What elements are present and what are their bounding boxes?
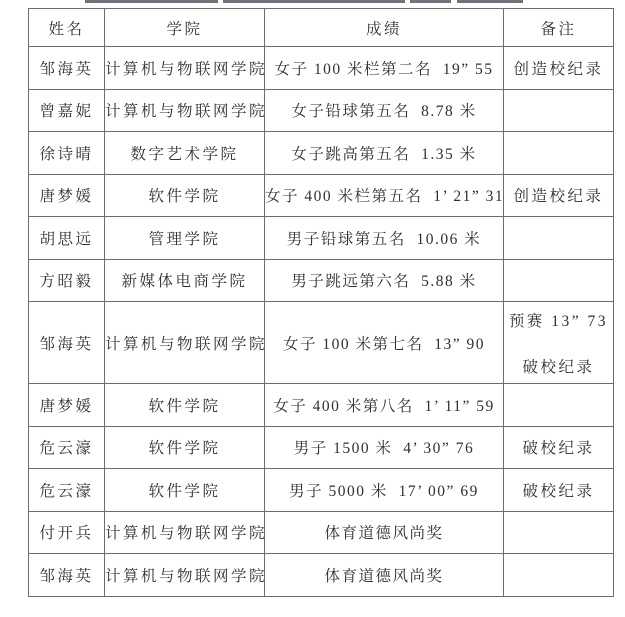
result-cell: 体育道德风尚奖	[265, 554, 504, 597]
name-cell: 付开兵	[29, 511, 105, 554]
name-cell: 邹海英	[29, 47, 105, 90]
table-row: 唐梦媛软件学院女子 400 米第八名 1’ 11” 59	[29, 384, 614, 427]
name-cell: 方昭毅	[29, 259, 105, 302]
college-cell: 新媒体电商学院	[105, 259, 265, 302]
college-cell: 计算机与物联网学院	[105, 47, 265, 90]
name-cell: 唐梦媛	[29, 384, 105, 427]
result-cell: 女子 400 米第八名 1’ 11” 59	[265, 384, 504, 427]
college-cell: 管理学院	[105, 217, 265, 260]
result-cell: 男子铅球第五名 10.06 米	[265, 217, 504, 260]
remark-line: 破校纪录	[504, 355, 613, 377]
result-cell: 女子 400 米栏第五名 1’ 21” 31	[265, 174, 504, 217]
remark-cell	[504, 384, 614, 427]
table-header-row: 姓名 学院 成绩 备注	[29, 9, 614, 47]
remark-cell: 破校纪录	[504, 469, 614, 512]
header-remark: 备注	[504, 9, 614, 47]
result-cell: 女子 100 米栏第二名 19” 55	[265, 47, 504, 90]
result-cell: 男子 1500 米 4’ 30” 76	[265, 426, 504, 469]
result-cell: 男子跳远第六名 5.88 米	[265, 259, 504, 302]
name-cell: 唐梦媛	[29, 174, 105, 217]
result-cell: 男子 5000 米 17’ 00” 69	[265, 469, 504, 512]
name-cell: 邹海英	[29, 302, 105, 384]
header-name: 姓名	[29, 9, 105, 47]
remark-cell	[504, 217, 614, 260]
cropped-text-artifact	[457, 0, 523, 3]
result-cell: 女子跳高第五名 1.35 米	[265, 132, 504, 175]
name-cell: 曾嘉妮	[29, 89, 105, 132]
remark-cell: 创造校纪录	[504, 47, 614, 90]
name-cell: 胡思远	[29, 217, 105, 260]
remark-cell: 创造校纪录	[504, 174, 614, 217]
table-row: 邹海英计算机与物联网学院女子 100 米栏第二名 19” 55创造校纪录	[29, 47, 614, 90]
college-cell: 计算机与物联网学院	[105, 302, 265, 384]
table-row: 付开兵计算机与物联网学院体育道德风尚奖	[29, 511, 614, 554]
college-cell: 计算机与物联网学院	[105, 89, 265, 132]
results-table: 姓名 学院 成绩 备注 邹海英计算机与物联网学院女子 100 米栏第二名 19”…	[28, 8, 614, 597]
cropped-text-artifact	[410, 0, 451, 3]
remark-cell: 破校纪录	[504, 426, 614, 469]
cropped-text-artifact	[223, 0, 405, 3]
remark-cell	[504, 554, 614, 597]
table-row: 邹海英计算机与物联网学院体育道德风尚奖	[29, 554, 614, 597]
name-cell: 邹海英	[29, 554, 105, 597]
college-cell: 软件学院	[105, 174, 265, 217]
table-row: 方昭毅新媒体电商学院男子跳远第六名 5.88 米	[29, 259, 614, 302]
cropped-text-artifact	[85, 0, 218, 3]
remark-cell	[504, 259, 614, 302]
table-row: 曾嘉妮计算机与物联网学院女子铅球第五名 8.78 米	[29, 89, 614, 132]
college-cell: 计算机与物联网学院	[105, 554, 265, 597]
remark-cell: 预赛 13” 73破校纪录	[504, 302, 614, 384]
table-row: 危云濠软件学院男子 5000 米 17’ 00” 69破校纪录	[29, 469, 614, 512]
remark-cell	[504, 89, 614, 132]
table-row: 邹海英计算机与物联网学院女子 100 米第七名 13” 90预赛 13” 73破…	[29, 302, 614, 384]
result-cell: 体育道德风尚奖	[265, 511, 504, 554]
college-cell: 软件学院	[105, 384, 265, 427]
name-cell: 徐诗晴	[29, 132, 105, 175]
college-cell: 软件学院	[105, 426, 265, 469]
result-cell: 女子铅球第五名 8.78 米	[265, 89, 504, 132]
name-cell: 危云濠	[29, 426, 105, 469]
college-cell: 数字艺术学院	[105, 132, 265, 175]
table-row: 唐梦媛软件学院女子 400 米栏第五名 1’ 21” 31创造校纪录	[29, 174, 614, 217]
result-cell: 女子 100 米第七名 13” 90	[265, 302, 504, 384]
remark-cell	[504, 132, 614, 175]
college-cell: 计算机与物联网学院	[105, 511, 265, 554]
table-body: 邹海英计算机与物联网学院女子 100 米栏第二名 19” 55创造校纪录曾嘉妮计…	[29, 47, 614, 597]
header-college: 学院	[105, 9, 265, 47]
name-cell: 危云濠	[29, 469, 105, 512]
table-row: 胡思远管理学院男子铅球第五名 10.06 米	[29, 217, 614, 260]
college-cell: 软件学院	[105, 469, 265, 512]
header-result: 成绩	[265, 9, 504, 47]
remark-cell	[504, 511, 614, 554]
table-row: 危云濠软件学院男子 1500 米 4’ 30” 76破校纪录	[29, 426, 614, 469]
table-row: 徐诗晴数字艺术学院女子跳高第五名 1.35 米	[29, 132, 614, 175]
remark-line: 预赛 13” 73	[504, 309, 613, 331]
